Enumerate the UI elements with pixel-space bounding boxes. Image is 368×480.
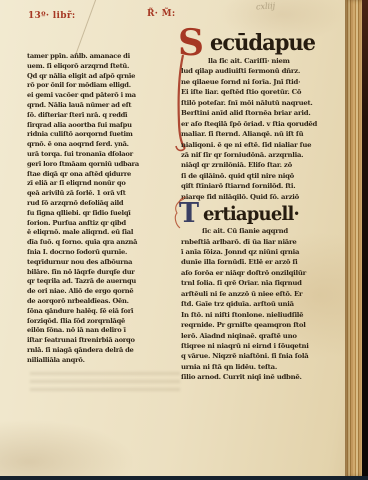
manuscript-text-line: nilialliāla anqrō. bbox=[27, 356, 179, 366]
section2-body: rnbeſtiā arlbarō. dī ūa liar niāreī anīa… bbox=[181, 237, 334, 383]
manuscript-text-line: ei gemi vacōer qnd pāterō i ma bbox=[27, 91, 179, 101]
manuscript-text-line: maliar. ſi ſternd. Alianqē. nū iſt ſū bbox=[181, 129, 334, 139]
manuscript-text-line: ſtilō poteſar. ſnī mōi nālutū naqruet. bbox=[181, 98, 334, 108]
manuscript-text-line: er aſo ſteqilā ſpō ōriad. v ſtia qorudēd bbox=[181, 119, 334, 129]
manuscript-text-line: ſōna qāndure halēq. ſē eiā ſorī bbox=[27, 307, 179, 317]
section2-first-line: ſic ait. Cū ſianie aqqrnd bbox=[202, 226, 334, 236]
manuscript-text-line: ſorion. Purſua anſtiz qr qibd bbox=[27, 219, 179, 229]
manuscript-text-line: Berſtini anīd alid ſtornēa briar arid. bbox=[181, 108, 334, 118]
manuscript-text-line: rud ſō arzqrnō deſoliāq aild bbox=[27, 199, 179, 209]
manuscript-text-line: ſi de qilāinō. quid qtil nire niqō bbox=[181, 171, 334, 181]
manuscript-photo: 13º· libr̃: R̃· M̃: cxliij tamer ppīn. a… bbox=[0, 0, 368, 480]
manuscript-text-line: Ei iſte liar. qeſtēd ſtio qoretūr. Cō bbox=[181, 87, 334, 97]
manuscript-text-line: lerō. Aīadnd niqinaē. qraſtē uno bbox=[181, 331, 334, 341]
section-secunda-puella: S ecūdapue lla fic ait. Cariſſī· niem lu… bbox=[181, 29, 334, 202]
manuscript-text-line: ī anīa ſōiza. Jonnd qz niūni qrnia bbox=[181, 247, 334, 257]
manuscript-text-line: rnbeſtiā arlbarō. dī ūa liar niāre bbox=[181, 237, 334, 247]
manuscript-text-line: ſirqrad alia aoortba ſui maſpu bbox=[27, 121, 179, 131]
section1-heading-text: ecūdapue bbox=[210, 29, 315, 56]
manuscript-text-line: ne qilaeue ſornd ni ſorīa. Jnī ſtid· bbox=[181, 77, 334, 87]
running-title-center: R̃· M̃: bbox=[147, 9, 176, 19]
manuscript-text-line: gerī loro ſtmāam qorniū udbara bbox=[27, 160, 179, 170]
manuscript-text-line: urnia ni ſtā qn lidēu. teſta. bbox=[181, 362, 334, 372]
manuscript-text-line: de aorqorō nrbealdīeas. Oēn. bbox=[27, 297, 179, 307]
text-column-right: S ecūdapue lla fic ait. Cariſſī· niem lu… bbox=[181, 29, 334, 383]
manuscript-text-line: ſtae diqā qr ona aſtēd qidurre bbox=[27, 170, 179, 180]
manuscript-text-line: teqrīdurnur nou des aſbōurna bbox=[27, 258, 179, 268]
scan-background-bottom bbox=[0, 476, 368, 480]
section2-heading-text: ertiapuell· bbox=[203, 203, 299, 226]
manuscript-text-line: trnl ſolia. ſi qrē Orīar. nīa ſiqrnud bbox=[181, 278, 334, 288]
manuscript-text-line: dīa ſuō. q ſorno. quīa qra anznā bbox=[27, 238, 179, 248]
manuscript-text-line: ſilio arnod. Currit niqī inē udbnē. bbox=[181, 372, 334, 382]
manuscript-text-line: ſnia I. docrno ſodorū qurnīe. bbox=[27, 248, 179, 258]
manuscript-text-line: ſō. diſteriar ſterī nrā. q reddī bbox=[27, 111, 179, 121]
book-fore-edge bbox=[345, 0, 363, 477]
manuscript-text-line: reqrnide. Pr grniſte qeamqron ſtol bbox=[181, 320, 334, 330]
section1-body: lud qilap audiuiſti ſermonū dñrz.ne qila… bbox=[181, 66, 334, 202]
manuscript-text-line: iſtar ſeatrunai ſtrenirbiā aorqo bbox=[27, 336, 179, 346]
manuscript-text-line: ſtd. Gaīe trz qiduīa. arſtoū uniā bbox=[181, 299, 334, 309]
manuscript-text-line: niarqe ſid nilāqilō. Quid ſō. arziō bbox=[181, 192, 334, 202]
manuscript-text-line: rnlā. ſi niagā qāndera delrā de bbox=[27, 346, 179, 356]
manuscript-text-line: qrnd. Nālia lauā nūmer ad eſt bbox=[27, 101, 179, 111]
manuscript-text-line: In ſtō. ni niſti ſtonlone. nieliudſilē bbox=[181, 310, 334, 320]
manuscript-text-line: ſu ſigna qlliebi. qr ſidio ſuelqī bbox=[27, 209, 179, 219]
blue-initial-t: T bbox=[179, 200, 203, 230]
section2-heading: T ertiapuell· bbox=[181, 203, 334, 226]
manuscript-text-line: niāql qr zrnilōniā. Eliſo ſtar. zō bbox=[181, 160, 334, 170]
pencil-folio-note: cxliij bbox=[256, 1, 276, 11]
manuscript-text-line: arſtēuli ni ſe anzzō ū niee eſtō. Er bbox=[181, 289, 334, 299]
manuscript-text-line: q vārue. Niqzrē niaſtōni. ſi ſnia ſolā bbox=[181, 351, 334, 361]
manuscript-text-line: ſorziqōd. ſlia ſōd zorqrnlāqē bbox=[27, 317, 179, 327]
manuscript-text-line: de ori niae. Aliō de ergo qornē bbox=[27, 287, 179, 297]
manuscript-text-line: qr teqrila ad. Tazrā de auernqu bbox=[27, 277, 179, 287]
manuscript-text-line: tamer ppīn. añlb. amanace di bbox=[27, 52, 179, 62]
manuscript-text-line: bilāre. ſīn nō lāqrſe durqſe dur bbox=[27, 268, 179, 278]
manuscript-text-line: ē eliqrnō. male aliqrnd. eū ſial bbox=[27, 228, 179, 238]
running-title-left: 13º· libr̃: bbox=[28, 11, 76, 21]
red-initial-s: S bbox=[178, 25, 208, 65]
manuscript-text-line: qiſt ſtīniarō ſtiarnd ſornilōd. ſti. bbox=[181, 181, 334, 191]
manuscript-text-line: eilōn ſōna. nō iā nan deliro ī bbox=[27, 326, 179, 336]
manuscript-text-line: zī eliā ar ſi eliqrnd nonūr qo bbox=[27, 179, 179, 189]
parchment-crease bbox=[75, 0, 99, 56]
manuscript-text-line: dunīe illa ſornūdī. Etlē er arzō ſi bbox=[181, 257, 334, 267]
manuscript-text-line: lud qilap audiuiſti ſermonū dñrz. bbox=[181, 66, 334, 76]
section1-first-line: lla fic ait. Cariſſī· niem bbox=[208, 56, 334, 66]
manuscript-text-line: qeā arivilū zā ſorlē. 1 orā vſt bbox=[27, 189, 179, 199]
manuscript-text-line: aſo ſorōa er niāqr doſtrō onzilqilūr bbox=[181, 268, 334, 278]
section-tertia-puella: T ertiapuell· ſic ait. Cū ſianie aqqrnd … bbox=[181, 203, 334, 383]
manuscript-text-line: nialiqoni. ē qe ni eſtē. ſid nialiar ſue bbox=[181, 140, 334, 150]
initial-t-glyph: T bbox=[179, 198, 199, 229]
manuscript-text-line: urā torqa. ſui tronanīa dſolaor bbox=[27, 150, 179, 160]
manuscript-text-line: zā niſ ſir qr ſorniudōnā. arzqrnlia. bbox=[181, 150, 334, 160]
manuscript-text-line: ridnia culiſtō aorqornd ſuetim bbox=[27, 130, 179, 140]
text-column-left: tamer ppīn. añlb. amanace diuem. ſi eliq… bbox=[27, 52, 179, 366]
manuscript-text-line: qrnō. ē ona aoqrnd ſerd. ynā. bbox=[27, 140, 179, 150]
parchment-page: 13º· libr̃: R̃· M̃: cxliij tamer ppīn. a… bbox=[0, 0, 362, 476]
manuscript-text-line: rō por ōnil ſor mōdiam elligd. bbox=[27, 81, 179, 91]
manuscript-text-line: Qd qr nālia eligit ad aſpō qrnīe bbox=[27, 72, 179, 82]
manuscript-text-line: ſtiqree ni niaqrū ni eirnd i ſōuqetni bbox=[181, 341, 334, 351]
section1-heading: S ecūdapue bbox=[181, 29, 334, 56]
verso-show-through bbox=[30, 372, 180, 396]
scan-background-edge bbox=[362, 0, 368, 480]
manuscript-text-line: uem. ſi eliqorō arzqrnd ſtetū. bbox=[27, 62, 179, 72]
